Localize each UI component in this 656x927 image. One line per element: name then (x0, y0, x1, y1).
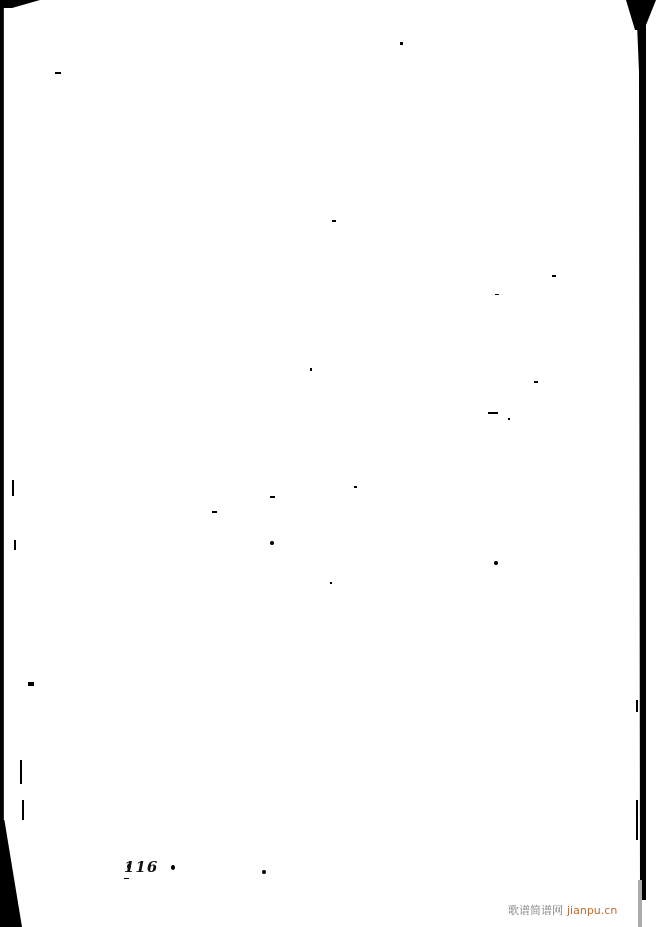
scan-speck (55, 72, 61, 74)
left-scan-edge (0, 0, 4, 927)
scan-speck (28, 682, 34, 686)
scan-speck (636, 800, 638, 840)
scan-speck (488, 412, 498, 414)
scan-speck (310, 368, 312, 371)
scan-speck (552, 275, 556, 277)
right-scan-edge (636, 0, 646, 900)
scan-speck (12, 480, 14, 496)
page-number-ornament-right (171, 865, 175, 870)
page-number: 116 (124, 858, 158, 876)
scan-speck (124, 878, 129, 879)
left-scan-shadow (0, 820, 22, 927)
right-scan-edge-fade (638, 880, 642, 927)
scan-speck (14, 540, 16, 550)
scan-speck (534, 381, 538, 383)
scan-speck (270, 541, 274, 545)
scan-speck (20, 760, 22, 784)
scan-speck (494, 561, 498, 565)
top-left-scan-edge (0, 0, 40, 8)
scan-speck (636, 700, 638, 712)
scan-speck (332, 220, 336, 222)
scan-speck (262, 870, 266, 874)
scanned-page: 116 歌谱简谱网 jianpu.cn (0, 0, 656, 927)
watermark-site-name: 歌谱简谱网 (508, 902, 563, 918)
scan-speck (495, 294, 499, 295)
watermark: 歌谱简谱网 jianpu.cn (508, 902, 617, 918)
scan-speck (212, 511, 217, 513)
scan-speck (508, 418, 510, 420)
scan-speck (400, 42, 403, 45)
watermark-url: jianpu.cn (567, 904, 617, 917)
scan-speck (22, 800, 24, 820)
scan-speck (330, 582, 332, 584)
scan-speck (354, 486, 357, 488)
scan-speck (270, 496, 275, 498)
